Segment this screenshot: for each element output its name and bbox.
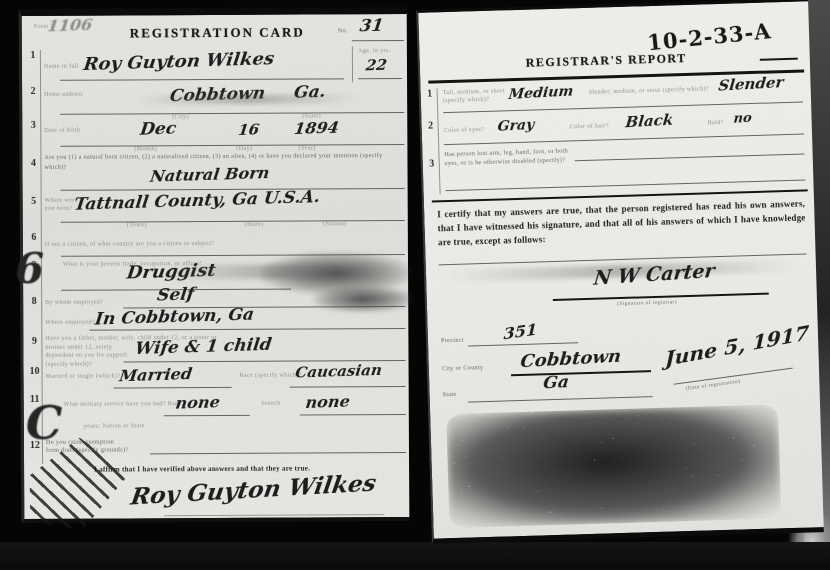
handwritten-flourish: 6 — [15, 244, 44, 293]
military-service-label: What military service have you had? Rank — [64, 401, 182, 408]
card-number-value: 31 — [358, 16, 384, 37]
handwritten-birth-day: 16 — [237, 120, 260, 139]
married-label: Married or single (which)? — [46, 373, 121, 379]
row-number: 2 — [26, 86, 40, 97]
rule-line — [150, 452, 406, 454]
row-number: 2 — [423, 120, 437, 131]
card-title: REGISTRATION CARD — [130, 25, 305, 42]
handwritten-build: Slender — [718, 73, 785, 95]
row-number: 10 — [28, 366, 42, 377]
photo-background-bottom-band — [0, 542, 830, 570]
date-of-birth-label: Date of birth — [44, 128, 80, 134]
handwritten-race: Caucasian — [294, 361, 383, 382]
town-sublabel: (Town) — [127, 222, 147, 228]
handwritten-hair: Black — [625, 111, 675, 132]
row-number: 4 — [26, 158, 40, 169]
certification-text: I certify that my answers are true, that… — [437, 197, 806, 250]
disability-label-line1: Has person lost arm, leg, hand, foot, or… — [444, 148, 568, 158]
nation-sublabel: (Nation) — [323, 221, 347, 227]
by-whom-employed-label: By whom employed? — [45, 300, 103, 306]
state-label: State — [443, 392, 457, 398]
name-label: Name in full — [44, 64, 79, 70]
military-branch-label: branch — [262, 401, 281, 407]
disability-label-line2: eyes, or is he otherwise disabled (speci… — [445, 158, 566, 168]
handwritten-eyes: Gray — [497, 117, 535, 135]
rule-line — [89, 328, 405, 331]
age-box-divider — [352, 46, 353, 82]
scan-streak — [132, 94, 362, 104]
rule-line — [60, 78, 344, 80]
scan-streak — [163, 264, 383, 279]
scanned-draft-registration-document: { "left_card": { "form_label": "Form 1",… — [0, 0, 830, 570]
rule-line — [290, 386, 406, 388]
where-employed-label: Where employed? — [45, 320, 95, 326]
handwritten-serial: 1106 — [46, 15, 93, 35]
row-married-race: 10 Married or single (which)? Married Ra… — [24, 364, 409, 394]
rule-line — [60, 112, 404, 115]
build-label: Slender, medium, or stout (specify which… — [589, 86, 710, 96]
row-home-address: 2 Home address Cobbtown Ga. (City) (Stat… — [22, 84, 407, 120]
city-county-label: City or County — [442, 365, 484, 372]
handwritten-state: Ga — [542, 372, 570, 393]
rule-line — [575, 153, 805, 161]
age-label: Age, in yrs. — [358, 48, 391, 54]
row-number: 1 — [26, 50, 40, 61]
row-military-service: 11 C What military service have you had?… — [24, 392, 409, 436]
handwritten-citizenship: Natural Born — [149, 163, 271, 186]
handwritten-registration-date: June 5, 1917 — [665, 320, 810, 370]
handwritten-married: Married — [118, 364, 193, 385]
ink-smudge-blot — [446, 404, 781, 528]
not-citizen-label: If not a citizen, of what country are yo… — [45, 241, 215, 248]
scan-smudge — [313, 286, 413, 313]
handwritten-employer: Self — [156, 285, 196, 306]
handwritten-age: 22 — [365, 56, 388, 75]
row-number: 12 — [28, 440, 42, 451]
rule-line — [352, 40, 404, 41]
where-born-label-line1: Where were — [45, 198, 78, 204]
handwritten-stamp-number: 10-2-33-A — [646, 18, 772, 55]
row-number: 3 — [425, 158, 439, 169]
rule-line — [164, 514, 384, 516]
day-sublabel: (Day) — [236, 146, 252, 152]
handwritten-military-branch: none — [304, 392, 351, 412]
smudge-speckle-noise — [446, 404, 781, 528]
rule-line — [114, 387, 232, 389]
handwritten-city: Cobbtown — [519, 346, 622, 373]
row-name: 1 Name in full Roy Guyton Wilkes Age, in… — [22, 48, 407, 86]
rule-line — [760, 58, 798, 61]
rule-line — [446, 179, 806, 191]
month-sublabel: (Month) — [134, 146, 157, 152]
row-citizenship: 4 Are you (1) a natural born citizen, (2… — [22, 152, 407, 196]
registrar-signature-caption: (Signature of registrar) — [617, 299, 677, 307]
registration-card: Form 1 1106 REGISTRATION CARD No. 31 1 N… — [19, 7, 410, 523]
rule-line — [60, 144, 404, 147]
handwritten-birth-year: 1894 — [293, 118, 340, 138]
height-label: Tall, medium, or short — [443, 88, 505, 96]
handwritten-military-rank: none — [174, 392, 221, 412]
handwritten-height: Medium — [508, 83, 574, 103]
row-employer: 8 By whom employed? Self Where employed?… — [23, 294, 408, 336]
rule-line — [468, 396, 653, 402]
rule-line — [300, 414, 406, 416]
rule-line — [358, 78, 402, 79]
row-where-born: 5 Where were you born? Tattnall County, … — [23, 194, 408, 232]
row-number: 8 — [27, 296, 41, 307]
rule-line — [164, 415, 250, 416]
rule-line — [468, 342, 578, 346]
card-number-label: No. — [338, 28, 348, 34]
height-label-line2: (specify which)? — [443, 97, 490, 104]
row-number: 9 — [27, 336, 41, 347]
handwritten-precinct: 351 — [503, 320, 537, 344]
precinct-label: Precinct — [441, 338, 464, 345]
military-sublabel: years; Nation or State — [84, 423, 145, 429]
handwritten-bald: no — [733, 111, 753, 127]
year-sublabel: (Year) — [298, 145, 315, 151]
row-number: 1 — [423, 88, 437, 99]
race-label: Race (specify which)? — [240, 373, 302, 379]
handwritten-employer-place: In Cobbtown, Ga — [94, 305, 256, 330]
registrant-signature: Roy Guyton Wilkes — [129, 470, 378, 511]
hair-label: Color of hair? — [570, 123, 609, 130]
handwritten-name: Roy Guyton Wilkes — [82, 48, 275, 75]
home-address-label: Home address — [44, 92, 83, 98]
where-born-label-line2: you born? — [45, 206, 73, 212]
row-number: 3 — [26, 120, 40, 131]
row-date-of-birth: 3 Date of birth Dec 16 1894 (Month) (Day… — [22, 118, 407, 154]
row-number: 5 — [27, 196, 41, 207]
rule-line — [61, 220, 405, 223]
eyes-label: Color of eyes? — [444, 127, 485, 134]
handwritten-birth-month: Dec — [139, 119, 178, 140]
state-sublabel: (State) — [245, 222, 264, 228]
handwritten-dependents: Wife & 1 child — [134, 335, 273, 359]
registrars-report: REGISTRAR'S REPORT 10-2-33-A 1 Tall, med… — [416, 0, 824, 544]
row-number: 6 — [27, 232, 41, 243]
bald-label: Bald? — [708, 120, 724, 126]
